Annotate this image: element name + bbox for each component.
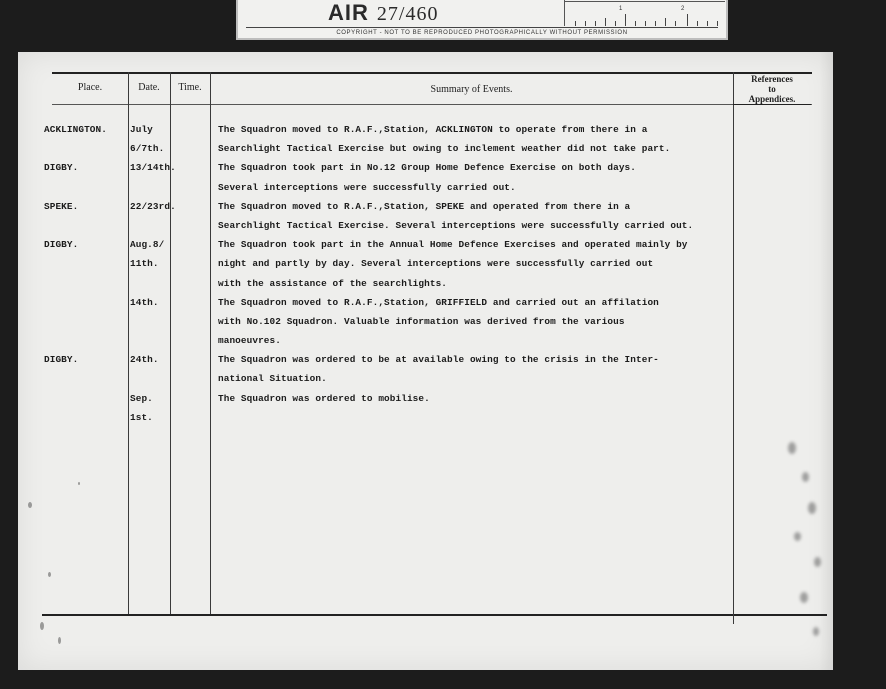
- measurement-scale: 1 2: [564, 0, 725, 26]
- date-cell: 1st.: [130, 408, 176, 427]
- archive-series: AIR: [328, 0, 369, 25]
- place-cell: [44, 293, 107, 312]
- date-cell: [130, 312, 176, 331]
- summary-column: The Squadron moved to R.A.F.,Station, AC…: [218, 120, 693, 427]
- place-column: ACKLINGTON. DIGBY. SPEKE. DIGBY. DIGBY.: [44, 120, 107, 427]
- header-references: References to Appendices.: [733, 74, 811, 105]
- date-cell: 22/23rd.: [130, 197, 176, 216]
- place-cell: [44, 312, 107, 331]
- header-summary: Summary of Events.: [210, 84, 733, 95]
- header-time: Time.: [170, 82, 210, 93]
- summary-line: national Situation.: [218, 369, 693, 388]
- summary-line: The Squadron moved to R.A.F.,Station, SP…: [218, 197, 693, 216]
- summary-line: Searchlight Tactical Exercise but owing …: [218, 139, 693, 158]
- place-cell: [44, 254, 107, 273]
- date-cell: [130, 216, 176, 235]
- place-cell: [44, 331, 107, 350]
- summary-line: The Squadron was ordered to be at availa…: [218, 350, 693, 369]
- date-cell: [130, 331, 176, 350]
- summary-line: The Squadron took part in the Annual Hom…: [218, 235, 693, 254]
- place-cell: ACKLINGTON.: [44, 120, 107, 139]
- summary-line: Several interceptions were successfully …: [218, 178, 693, 197]
- place-cell: [44, 178, 107, 197]
- summary-line: with the assistance of the searchlights.: [218, 274, 693, 293]
- date-cell: Aug.8/: [130, 235, 176, 254]
- date-cell: [130, 369, 176, 388]
- operations-record-page: Place. Date. Time. Summary of Events. Re…: [18, 52, 833, 670]
- place-cell: DIGBY.: [44, 235, 107, 254]
- date-cell: 13/14th.: [130, 158, 176, 177]
- summary-line: [218, 408, 693, 427]
- header-place: Place.: [52, 82, 128, 93]
- place-cell: SPEKE.: [44, 197, 107, 216]
- summary-line: The Squadron was ordered to mobilise.: [218, 389, 693, 408]
- date-column: July 6/7th. 13/14th. 22/23rd. Aug.8/ 11t…: [130, 120, 176, 427]
- place-cell: [44, 139, 107, 158]
- place-cell: [44, 408, 107, 427]
- scale-mark-1: 1: [619, 6, 622, 12]
- header-rule: [52, 104, 812, 105]
- archive-piece: 27/460: [377, 3, 439, 25]
- scale-mark-2: 2: [681, 6, 684, 12]
- archive-reference: AIR27/460: [328, 0, 438, 26]
- date-cell: 14th.: [130, 293, 176, 312]
- date-cell: [130, 178, 176, 197]
- date-cell: 11th.: [130, 254, 176, 273]
- header-references-line: to: [733, 84, 811, 94]
- place-cell: [44, 274, 107, 293]
- copyright-notice: COPYRIGHT - NOT TO BE REPRODUCED PHOTOGR…: [246, 27, 718, 39]
- column-divider: [210, 72, 211, 614]
- place-cell: [44, 369, 107, 388]
- header-references-line: Appendices.: [733, 94, 811, 105]
- date-cell: 24th.: [130, 350, 176, 369]
- top-rule: [52, 72, 812, 74]
- date-cell: [130, 274, 176, 293]
- bottom-rule: [42, 614, 827, 616]
- summary-line: The Squadron took part in No.12 Group Ho…: [218, 158, 693, 177]
- place-cell: DIGBY.: [44, 158, 107, 177]
- header-date: Date.: [128, 82, 170, 93]
- column-divider: [733, 72, 734, 624]
- place-cell: [44, 216, 107, 235]
- place-cell: DIGBY.: [44, 350, 107, 369]
- place-cell: [44, 389, 107, 408]
- header-references-line: References: [733, 74, 811, 84]
- summary-line: with No.102 Squadron. Valuable informati…: [218, 312, 693, 331]
- date-cell: July: [130, 120, 176, 139]
- summary-line: manoeuvres.: [218, 331, 693, 350]
- archive-reference-label: AIR27/460 1 2 COPYRIGHT - NOT TO BE REPR…: [236, 0, 728, 40]
- summary-line: The Squadron moved to R.A.F.,Station, GR…: [218, 293, 693, 312]
- summary-line: Searchlight Tactical Exercise. Several i…: [218, 216, 693, 235]
- date-cell: Sep.: [130, 389, 176, 408]
- column-divider: [128, 72, 129, 614]
- date-cell: 6/7th.: [130, 139, 176, 158]
- summary-line: night and partly by day. Several interce…: [218, 254, 693, 273]
- summary-line: The Squadron moved to R.A.F.,Station, AC…: [218, 120, 693, 139]
